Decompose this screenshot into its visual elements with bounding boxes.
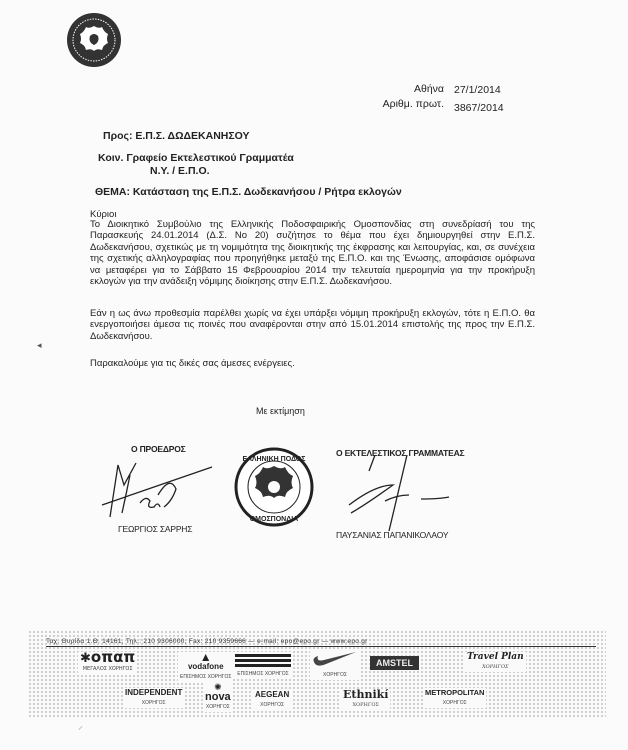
sponsor-footer: Ταχ. Θυρίδα 1.Θ. 14161, Τηλ.: 210 930600…	[28, 630, 606, 718]
sponsor-nova-logo: ✺nova ΧΟΡΗΓΟΣ	[203, 682, 233, 712]
secretary-signature-icon	[345, 455, 475, 535]
president-signature-icon	[100, 455, 215, 525]
sponsor-ethniki-logo: Ethnikí ΧΟΡΗΓΟΣ	[341, 690, 390, 710]
president-name: ΓΕΩΡΓΙΟΣ ΣΑΡΡΗΣ	[118, 524, 192, 534]
date-block: Αθήνα 27/1/2014 Αριθμ. πρωτ. 3867/2014	[360, 82, 504, 115]
svg-text:ΟΜΟΣΠΟΝΔΙΑ: ΟΜΟΣΠΟΝΔΙΑ	[250, 516, 299, 523]
cc-line-1: Κοιν. Γραφείο Εκτελεστικού Γραμματέα	[98, 152, 294, 165]
president-title: Ο ΠΡΟΕΔΡΟΣ	[131, 444, 186, 454]
recipient-cc: Κοιν. Γραφείο Εκτελεστικού Γραμματέα Ν.Υ…	[98, 152, 294, 178]
bottom-margin-mark: ⸝	[78, 718, 83, 732]
body-paragraph-2: Εάν η ως άνω προθεσμία παρέλθει χωρίς να…	[90, 308, 535, 342]
sponsor-vodafone-logo: ▲vodafone ΕΠΙΣΗΜΟΣ ΧΟΡΗΓΟΣ	[178, 652, 233, 682]
epo-seal-icon: ΕΛΛΗΝΙΚΗ ΠΟΔΟΣ ΟΜΟΣΠΟΝΔΙΑ	[234, 447, 314, 527]
body-paragraph-1: Το Διοικητικό Συμβούλιο της Ελληνικής Πο…	[90, 219, 535, 287]
sponsor-travelplan-logo: Travel Plan ΧΟΡΗΓΟΣ	[465, 652, 526, 672]
swoosh-icon	[312, 650, 358, 668]
footer-address: Ταχ. Θυρίδα 1.Θ. 14161, Τηλ.: 210 930600…	[46, 638, 596, 647]
body-paragraph-3: Παρακαλούμε για τις δικές σας άμεσες ενέ…	[90, 358, 535, 369]
sponsor-amstel-logo: AMSTEL	[370, 656, 419, 670]
sponsor-nike-logo: ΧΟΡΗΓΟΣ	[310, 650, 360, 680]
sponsor-independent-logo: INDEPENDENT ΧΟΡΗΓΟΣ	[123, 688, 184, 708]
cc-line-2: Ν.Υ. / Ε.Π.Ο.	[98, 165, 294, 178]
epo-emblem-icon	[66, 12, 122, 68]
recipient-to: Προς: Ε.Π.Σ. ΔΩΔΕΚΑΝΗΣΟΥ	[103, 130, 250, 142]
date-value: 27/1/2014	[454, 82, 501, 97]
subject-line: ΘΕΜΑ: Κατάσταση της Ε.Π.Σ. Δωδεκανήσου /…	[95, 186, 402, 198]
sponsor-metropolitan-logo: METROPOLITAN ΧΟΡΗΓΟΣ	[423, 688, 486, 708]
protocol-number: 3867/2014	[454, 97, 504, 115]
svg-text:ΕΛΛΗΝΙΚΗ ΠΟΔΟΣ: ΕΛΛΗΝΙΚΗ ΠΟΔΟΣ	[243, 456, 306, 463]
sponsor-aegean-logo: AEGEAN ΧΟΡΗΓΟΣ	[253, 690, 291, 710]
margin-mark: ◂	[37, 340, 42, 351]
sponsor-opap-logo: ✱οπαπ ΜΕΓΑΛΟΣ ΧΟΡΗΓΟΣ	[78, 652, 137, 674]
secretary-name: ΠΑΥΣΑΝΙΑΣ ΠΑΠΑΝΙΚΟΛΑΟΥ	[336, 530, 448, 540]
sponsor-bank-logo: ΕΠΙΣΗΜΟΣ ΧΟΡΗΓΟΣ	[233, 652, 293, 679]
place-label: Αθήνα	[360, 82, 454, 97]
protocol-label: Αριθμ. πρωτ.	[360, 97, 454, 115]
closing: Με εκτίμηση	[256, 406, 305, 416]
